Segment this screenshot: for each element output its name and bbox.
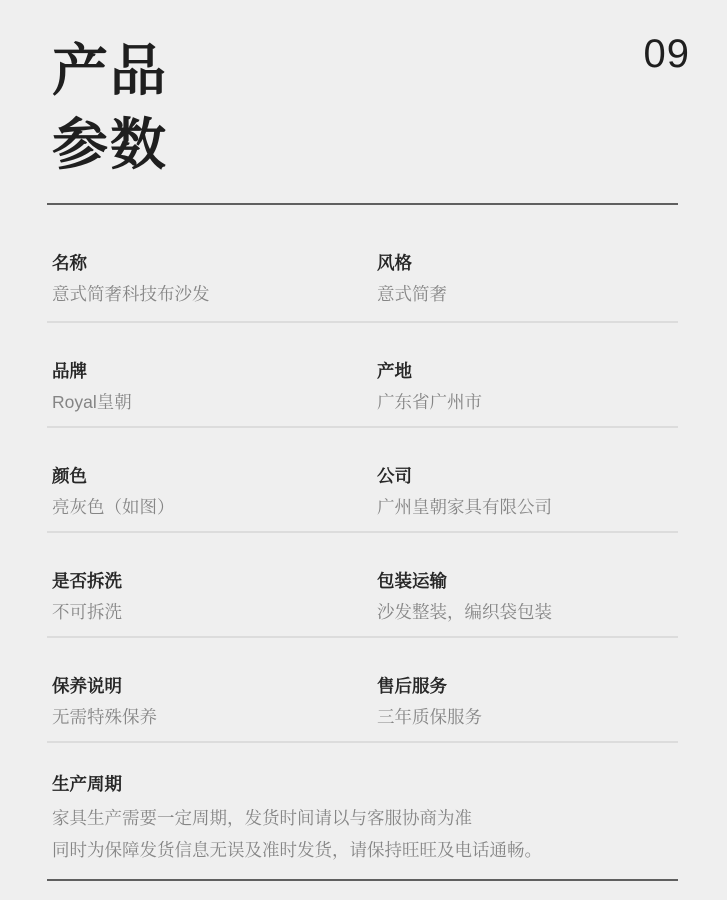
spec-cell-style: 风格 意式简奢 bbox=[377, 251, 678, 321]
spec-value: 无需特殊保养 bbox=[52, 705, 377, 729]
spec-label: 颜色 bbox=[52, 464, 377, 488]
spec-label: 名称 bbox=[52, 251, 377, 275]
spec-label: 风格 bbox=[377, 251, 678, 275]
page-title-line-2: 参数 bbox=[52, 108, 678, 182]
spec-label: 公司 bbox=[377, 464, 678, 488]
page-title-line-1: 产品 bbox=[52, 34, 678, 108]
spec-row-name-style: 名称 意式简奢科技布沙发 风格 意式简奢 bbox=[47, 205, 678, 323]
spec-cell-brand: 品牌 Royal皇朝 bbox=[52, 359, 377, 426]
spec-row-color-company: 颜色 亮灰色（如图） 公司 广州皇朝家具有限公司 bbox=[47, 428, 678, 533]
production-cycle-label: 生产周期 bbox=[52, 772, 678, 796]
spec-value: 不可拆洗 bbox=[52, 600, 377, 624]
spec-label: 品牌 bbox=[52, 359, 377, 383]
spec-cell-washable: 是否拆洗 不可拆洗 bbox=[52, 569, 377, 636]
spec-label: 保养说明 bbox=[52, 674, 377, 698]
spec-row-washable-packaging: 是否拆洗 不可拆洗 包装运输 沙发整装，编织袋包装 bbox=[47, 533, 678, 638]
spec-cell-origin: 产地 广东省广州市 bbox=[377, 359, 678, 426]
spec-label: 是否拆洗 bbox=[52, 569, 377, 593]
spec-label: 包装运输 bbox=[377, 569, 678, 593]
spec-cell-packaging: 包装运输 沙发整装，编织袋包装 bbox=[377, 569, 678, 636]
spec-cell-care: 保养说明 无需特殊保养 bbox=[52, 674, 377, 741]
page-number: 09 bbox=[644, 30, 691, 78]
spec-row-care-aftersales: 保养说明 无需特殊保养 售后服务 三年质保服务 bbox=[47, 638, 678, 743]
bottom-divider bbox=[47, 879, 678, 881]
spec-value: Royal皇朝 bbox=[52, 390, 377, 414]
spec-cell-company: 公司 广州皇朝家具有限公司 bbox=[377, 464, 678, 531]
spec-value: 三年质保服务 bbox=[377, 705, 678, 729]
spec-cell-aftersales: 售后服务 三年质保服务 bbox=[377, 674, 678, 741]
spec-label: 售后服务 bbox=[377, 674, 678, 698]
production-cycle-line-2: 同时为保障发货信息无误及准时发货，请保持旺旺及电话通畅。 bbox=[52, 834, 678, 866]
spec-cell-color: 颜色 亮灰色（如图） bbox=[52, 464, 377, 531]
spec-value: 意式简奢 bbox=[377, 282, 678, 306]
spec-value: 亮灰色（如图） bbox=[52, 495, 377, 519]
page-title: 产品 参数 bbox=[52, 34, 678, 182]
spec-row-brand-origin: 品牌 Royal皇朝 产地 广东省广州市 bbox=[47, 323, 678, 428]
spec-value: 广州皇朝家具有限公司 bbox=[377, 495, 678, 519]
spec-value: 广东省广州市 bbox=[377, 390, 678, 414]
spec-value: 意式简奢科技布沙发 bbox=[52, 282, 377, 306]
product-parameters-page: 09 产品 参数 名称 意式简奢科技布沙发 风格 意式简奢 品牌 Royal皇朝… bbox=[0, 0, 727, 900]
spec-cell-name: 名称 意式简奢科技布沙发 bbox=[52, 251, 377, 321]
production-cycle-line-1: 家具生产需要一定周期，发货时间请以与客服协商为准 bbox=[52, 802, 678, 834]
spec-value: 沙发整装，编织袋包装 bbox=[377, 600, 678, 624]
spec-label: 产地 bbox=[377, 359, 678, 383]
production-cycle-section: 生产周期 家具生产需要一定周期，发货时间请以与客服协商为准 同时为保障发货信息无… bbox=[47, 743, 678, 866]
